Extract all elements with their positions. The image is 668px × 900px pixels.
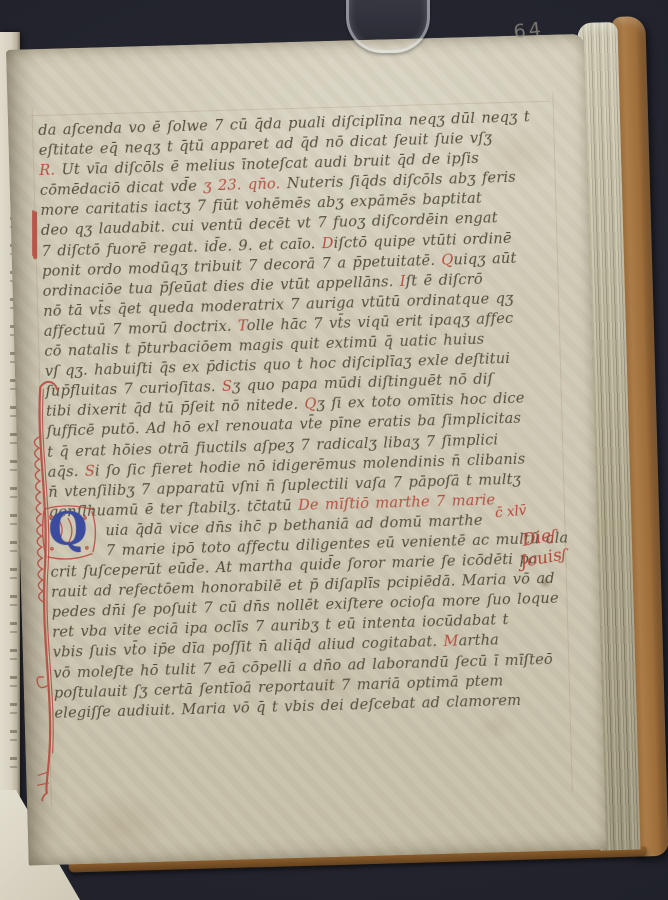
initial-letter: Q [48,502,89,556]
illuminated-initial-q: Q [39,504,99,562]
folio-number-pencil: 64 [512,18,545,43]
pen-flourish-mark: ʃ [550,525,555,546]
red-initial-stroke [33,211,37,259]
manuscript-page: da aſcenda vo ē ſolwe 7 cū q̄da puali di… [6,34,607,866]
manuscript-book: da aſcenda vo ē ſolwe 7 cū q̄da puali di… [1,16,668,882]
photo-background: { "scene": { "background_color": "#23242… [0,0,668,900]
manuscript-text-block: da aſcenda vo ē ſolwe 7 cū q̄da puali di… [38,107,572,724]
margin-note-die-jovis: Dieʃ Jouisʃ [521,524,568,573]
chapter-reference-red: c̄ xlv̄ [494,503,527,522]
pen-flourish-mark: ʃ [561,544,566,565]
